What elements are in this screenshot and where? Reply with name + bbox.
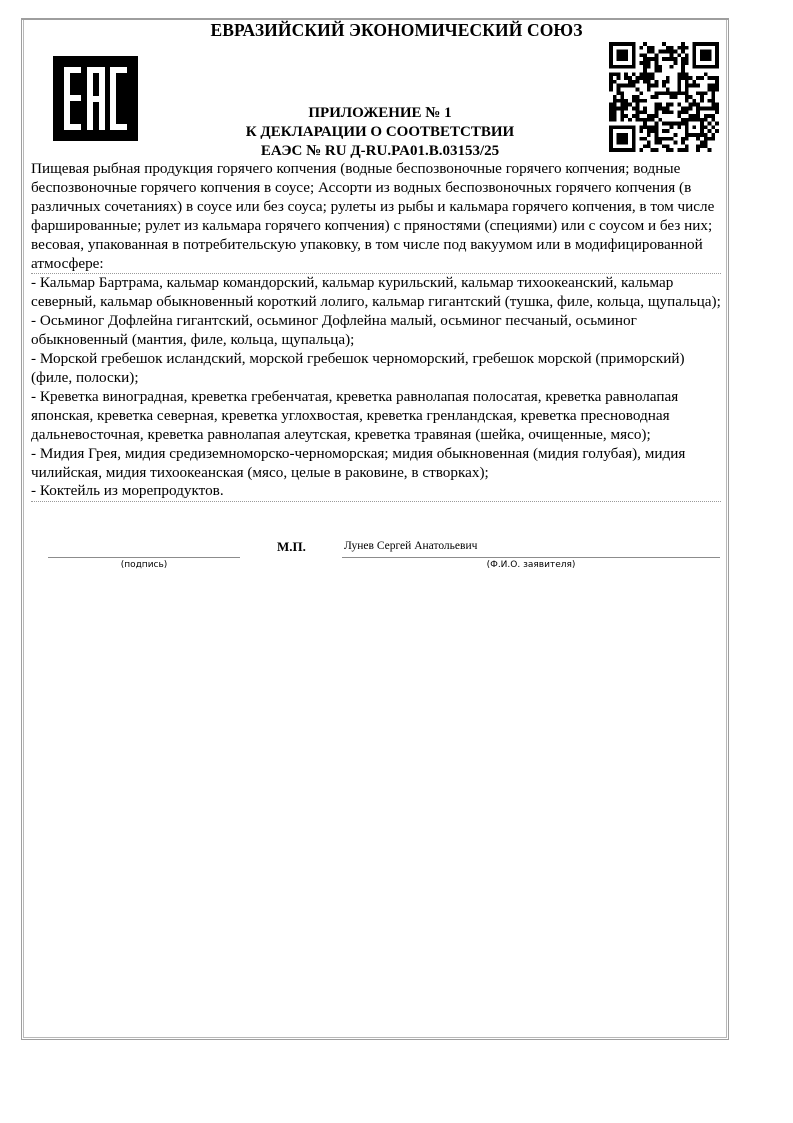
appendix-heading: ПРИЛОЖЕНИЕ № 1 К ДЕКЛАРАЦИИ О СООТВЕТСТВ… [170, 104, 590, 161]
product-intro: Пищевая рыбная продукция горячего копчен… [31, 160, 721, 273]
signature-block: (подпись) М.П. Лунев Сергей Анатольевич … [0, 530, 793, 580]
declaration-number: ЕАЭС № RU Д-RU.PA01.B.03153/25 [170, 142, 590, 161]
product-list: - Кальмар Бартрама, кальмар командорский… [31, 274, 721, 502]
list-item: - Коктейль из морепродуктов. [31, 482, 721, 501]
appendix-number: ПРИЛОЖЕНИЕ № 1 [170, 104, 590, 123]
product-description: Пищевая рыбная продукция горячего копчен… [31, 160, 721, 502]
applicant-name: Лунев Сергей Анатольевич [344, 540, 477, 552]
list-item: - Морской гребешок исландский, морской г… [31, 350, 721, 388]
applicant-caption: (Ф.И.О. заявителя) [342, 560, 720, 570]
signature-caption: (подпись) [48, 560, 240, 570]
union-title: ЕВРАЗИЙСКИЙ ЭКОНОМИЧЕСКИЙ СОЮЗ [0, 20, 793, 40]
signature-line [48, 557, 240, 558]
stamp-label: М.П. [277, 539, 306, 555]
appendix-declaration: К ДЕКЛАРАЦИИ О СООТВЕТСТВИИ [170, 123, 590, 142]
list-item: - Мидия Грея, мидия средиземноморско-чер… [31, 445, 721, 483]
eac-mark-icon [53, 56, 138, 141]
list-item: - Креветка виноградная, креветка гребенч… [31, 388, 721, 445]
list-item: - Осьминог Дофлейна гигантский, осьминог… [31, 312, 721, 350]
applicant-name-line [342, 557, 720, 558]
qr-code-icon [609, 42, 719, 152]
list-item: - Кальмар Бартрама, кальмар командорский… [31, 274, 721, 312]
product-intro-section: Пищевая рыбная продукция горячего копчен… [31, 160, 721, 274]
